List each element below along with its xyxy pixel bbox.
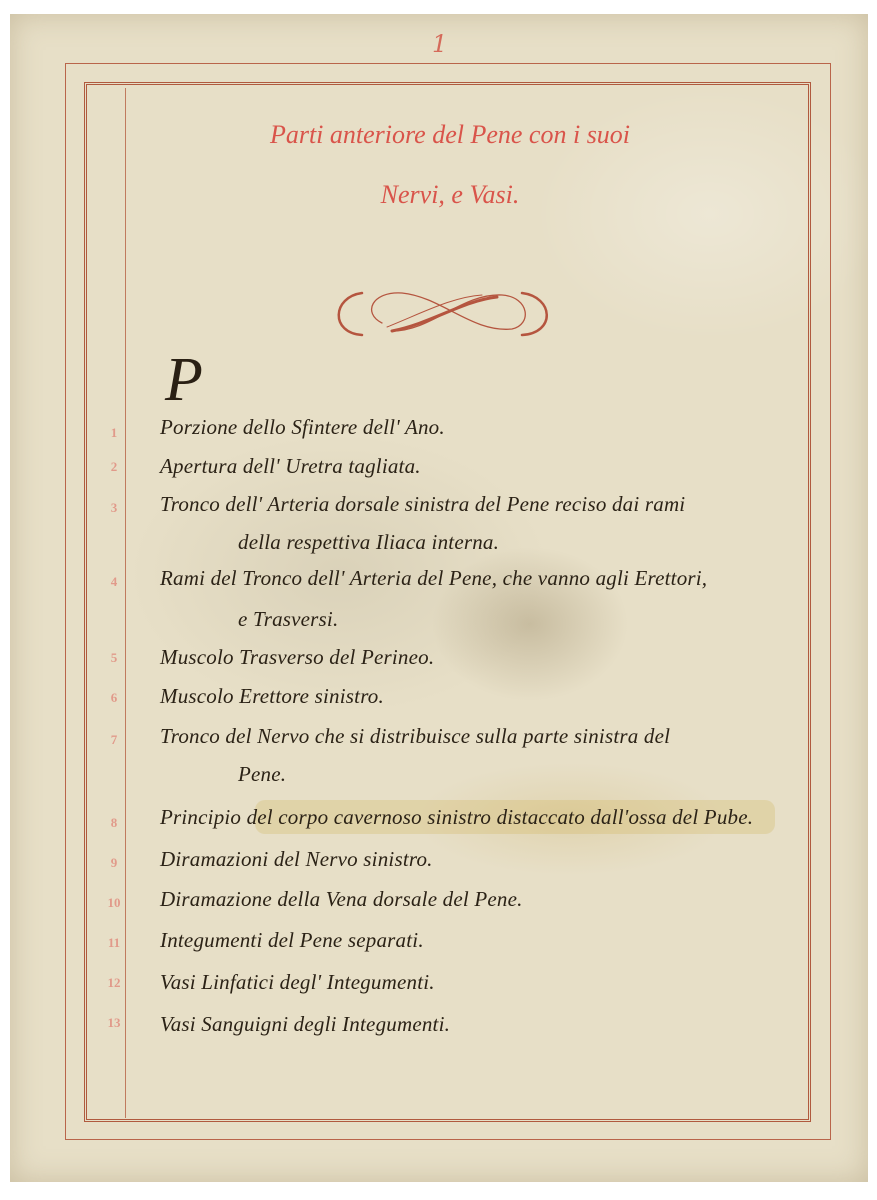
margin-number: 4 xyxy=(104,574,124,590)
margin-number: 2 xyxy=(104,459,124,475)
margin-number: 11 xyxy=(104,935,124,951)
margin-number: 1 xyxy=(104,425,124,441)
entry-text: Integumenti del Pene separati. xyxy=(160,928,424,953)
drop-capital: P xyxy=(165,345,203,416)
entry-text: Diramazioni del Nervo sinistro. xyxy=(160,847,433,872)
entry-text: Apertura dell' Uretra tagliata. xyxy=(160,454,421,479)
margin-number: 8 xyxy=(104,815,124,831)
margin-number: 12 xyxy=(104,975,124,991)
entry-text: Vasi Sanguigni degli Integumenti. xyxy=(160,1012,450,1037)
entry-text: Vasi Linfatici degl' Integumenti. xyxy=(160,970,435,995)
entry-text: Tronco del Nervo che si distribuisce sul… xyxy=(160,724,670,749)
entry-text: Diramazione della Vena dorsale del Pene. xyxy=(160,887,523,912)
title-line-1: Parti anteriore del Pene con i suoi xyxy=(180,120,720,150)
margin-number: 3 xyxy=(104,500,124,516)
title-line-2: Nervi, e Vasi. xyxy=(180,180,720,210)
margin-number: 7 xyxy=(104,732,124,748)
margin-number: 6 xyxy=(104,690,124,706)
entry-continuation: della respettiva Iliaca interna. xyxy=(238,530,499,555)
margin-number: 9 xyxy=(104,855,124,871)
entry-text: Tronco dell' Arteria dorsale sinistra de… xyxy=(160,492,685,517)
margin-rule xyxy=(125,88,126,1118)
margin-number: 13 xyxy=(104,1015,124,1031)
flourish-ornament-icon xyxy=(322,283,562,343)
page-number: 1 xyxy=(432,30,447,58)
entry-text: Muscolo Trasverso del Perineo. xyxy=(160,645,434,670)
entry-continuation: e Trasversi. xyxy=(238,607,338,632)
inner-double-border-rule xyxy=(84,82,811,1122)
entry-text: Porzione dello Sfintere dell' Ano. xyxy=(160,415,445,440)
entry-text: Rami del Tronco dell' Arteria del Pene, … xyxy=(160,566,707,591)
entry-text: Principio del corpo cavernoso sinistro d… xyxy=(160,805,753,830)
margin-number: 10 xyxy=(104,895,124,911)
entry-text: Muscolo Erettore sinistro. xyxy=(160,684,384,709)
margin-number: 5 xyxy=(104,650,124,666)
entry-continuation: Pene. xyxy=(238,762,286,787)
